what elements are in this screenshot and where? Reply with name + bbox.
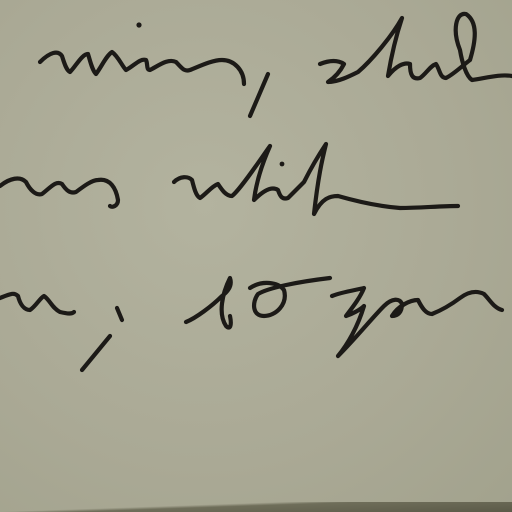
handwriting xyxy=(0,0,512,512)
paper-bottom-edge xyxy=(0,502,512,512)
line-3-ink xyxy=(0,278,502,370)
line-2-ink xyxy=(0,144,458,214)
line-1-ink xyxy=(40,14,512,116)
